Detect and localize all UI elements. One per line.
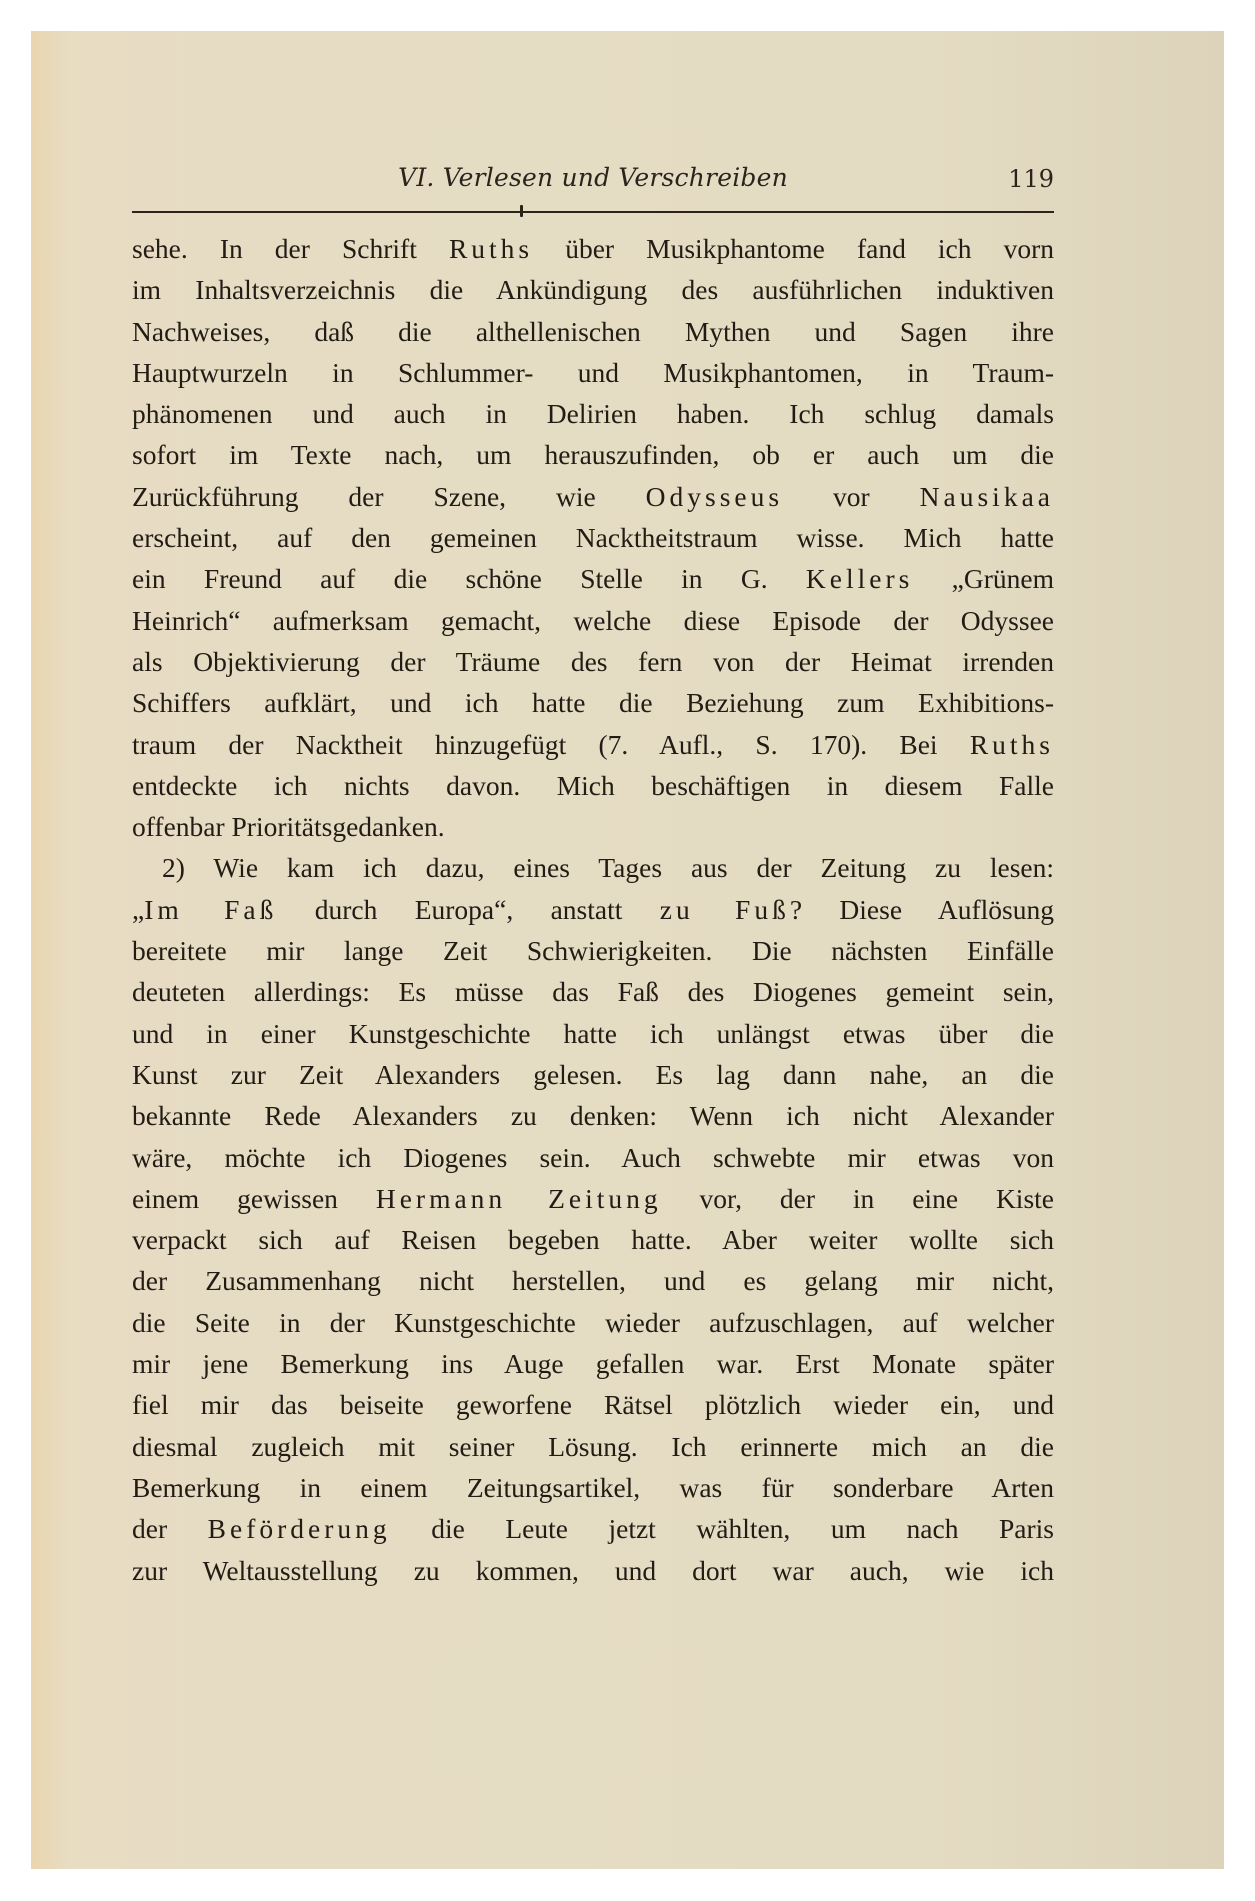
text-line: bereitete mir lange Zeit Schwierigkeiten…: [132, 930, 1054, 971]
spaced-emphasis: Ruths: [970, 729, 1054, 760]
text-line: und in einer Kunstgeschichte hatte ich u…: [132, 1013, 1054, 1054]
spaced-emphasis: Odysseus: [646, 481, 783, 512]
spaced-emphasis: Hermann Zeitung: [376, 1183, 662, 1214]
text-line: verpackt sich auf Reisen begeben hatte. …: [132, 1219, 1054, 1260]
text-line: die Seite in der Kunstgeschichte wieder …: [132, 1302, 1054, 1343]
text-line: mir jene Bemerkung ins Auge gefallen war…: [132, 1343, 1054, 1384]
spaced-emphasis: zu Fuß: [660, 894, 790, 925]
spaced-emphasis: Beförderung: [208, 1513, 391, 1544]
text-line: zur Weltausstellung zu kommen, und dort …: [132, 1550, 1054, 1591]
text-line: Kunst zur Zeit Alexanders gelesen. Es la…: [132, 1054, 1054, 1095]
text-line: deuteten allerdings: Es müsse das Faß de…: [132, 971, 1054, 1012]
page-number: 119: [1008, 165, 1054, 193]
text-line: phänomenen und auch in Delirien haben. I…: [132, 393, 1054, 434]
body-text: sehe. In der Schrift Ruths über Musikpha…: [132, 228, 1054, 1591]
spaced-emphasis: Nausikaa: [920, 481, 1054, 512]
text-line: wäre, möchte ich Diogenes sein. Auch sch…: [132, 1137, 1054, 1178]
text-line: „Im Faß durch Europa“, anstatt zu Fuß? D…: [132, 889, 1054, 930]
text-line: Heinrich“ aufmerksam gemacht, welche die…: [132, 600, 1054, 641]
text-line: erscheint, auf den gemeinen Nacktheitstr…: [132, 517, 1054, 558]
text-line: Hauptwurzeln in Schlummer- und Musikphan…: [132, 352, 1054, 393]
text-line: fiel mir das beiseite geworfene Rätsel p…: [132, 1384, 1054, 1425]
text-line: Schiffers aufklärt, und ich hatte die Be…: [132, 682, 1054, 723]
text-line: Bemerkung in einem Zeitungsartikel, was …: [132, 1467, 1054, 1508]
chapter-title: VI. Verlesen und Verschreiben: [132, 163, 1054, 192]
text-line: Zurückführung der Szene, wie Odysseus vo…: [132, 476, 1054, 517]
text-line: ein Freund auf die schöne Stelle in G. K…: [132, 558, 1054, 599]
text-line: sehe. In der Schrift Ruths über Musikpha…: [132, 228, 1054, 269]
running-head: VI. Verlesen und Verschreiben 119: [132, 159, 1054, 199]
header-rule: [132, 211, 1054, 213]
text-line: einem gewissen Hermann Zeitung vor, der …: [132, 1178, 1054, 1219]
text-line: traum der Nacktheit hinzugefügt (7. Aufl…: [132, 724, 1054, 765]
text-line: der Zusammenhang nicht herstellen, und e…: [132, 1260, 1054, 1301]
text-line: offenbar Prioritätsgedanken.: [132, 806, 1054, 847]
text-line: Nachweises, daß die althellenischen Myth…: [132, 311, 1054, 352]
spaced-emphasis: Kellers: [806, 563, 913, 594]
rule-ornament: [520, 205, 523, 217]
text-line: bekannte Rede Alexanders zu denken: Wenn…: [132, 1095, 1054, 1136]
spaced-emphasis: Im Faß: [144, 894, 277, 925]
text-line: diesmal zugleich mit seiner Lösung. Ich …: [132, 1426, 1054, 1467]
text-line: sofort im Texte nach, um herauszufinden,…: [132, 434, 1054, 475]
text-line: entdeckte ich nichts davon. Mich beschäf…: [132, 765, 1054, 806]
text-line: der Beförderung die Leute jetzt wählten,…: [132, 1508, 1054, 1549]
text-line: 2) Wie kam ich dazu, eines Tages aus der…: [132, 847, 1054, 888]
text-line: im Inhaltsverzeichnis die Ankündigung de…: [132, 269, 1054, 310]
spaced-emphasis: Ruths: [449, 233, 533, 264]
text-line: als Objektivierung der Träume des fern v…: [132, 641, 1054, 682]
book-page: VI. Verlesen und Verschreiben 119 sehe. …: [31, 31, 1224, 1869]
